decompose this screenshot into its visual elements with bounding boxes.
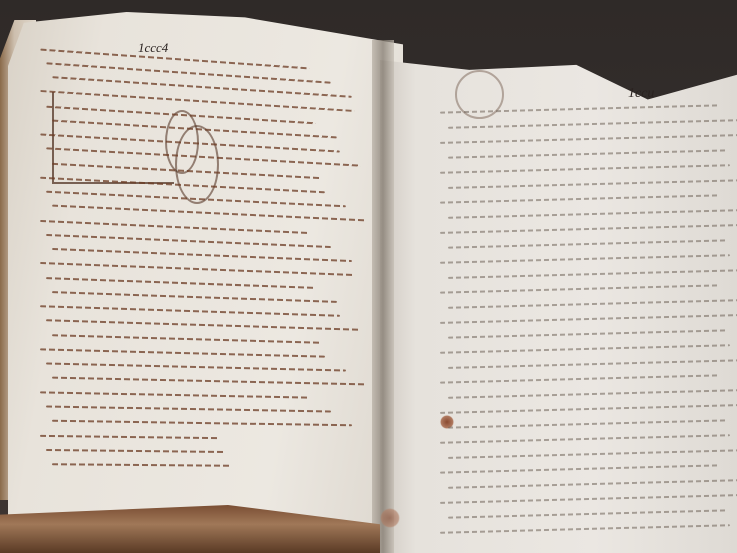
ink-stain — [380, 508, 400, 528]
signature-flourish — [175, 125, 219, 204]
right-manuscript-page — [380, 60, 737, 553]
right-folio-mark: 1ccu — [628, 86, 654, 102]
photo-scene: 1ccc4 1ccu — [0, 0, 737, 553]
left-folio-mark: 1ccc4 — [138, 40, 168, 56]
book-gutter — [372, 40, 394, 553]
